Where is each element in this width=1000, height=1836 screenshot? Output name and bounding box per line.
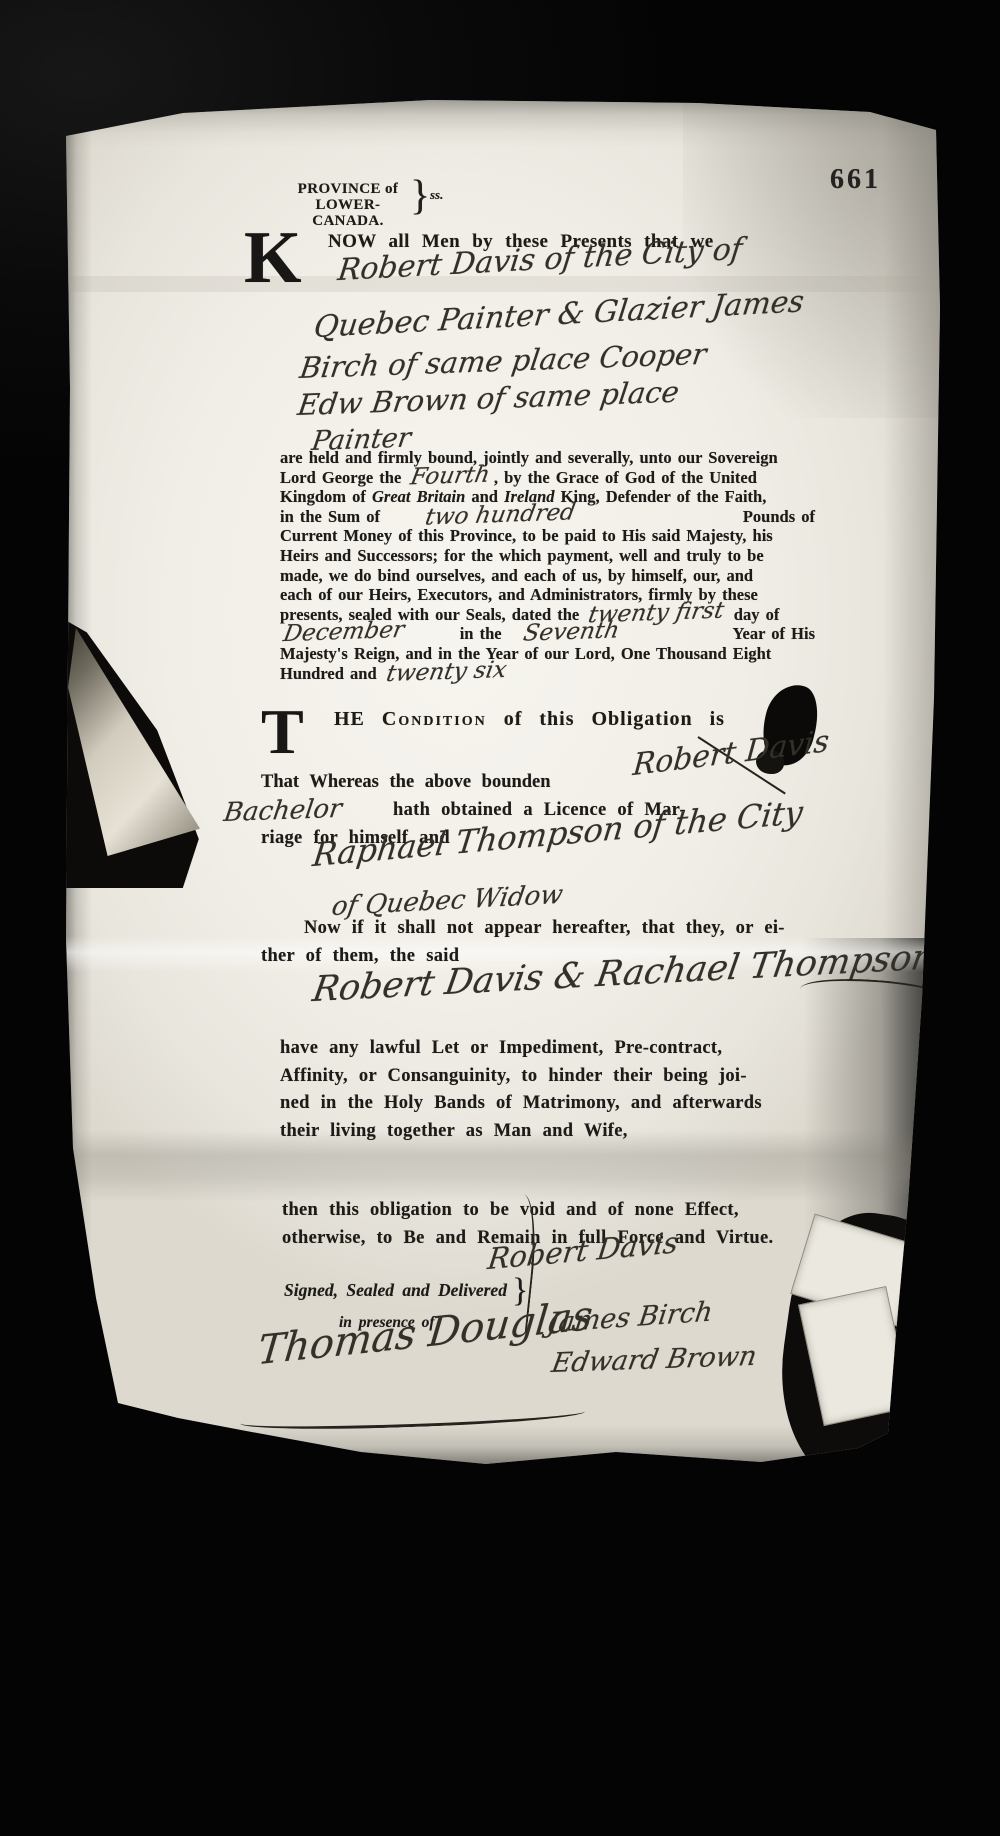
signature-edward-brown: Edward Brown [549,1341,759,1379]
scan-shadow-top [58,88,943,148]
province-line1: PROVINCE of [280,181,416,197]
groom-name-script: Robert Davis [631,724,830,784]
condition-dropcap: T [261,706,304,758]
page-number: 661 [830,164,881,196]
impediment-block: have any lawful Let or Impediment, Pre-c… [280,1038,850,1148]
couple-flourish [799,975,951,1013]
douglas-underline-flourish [240,1402,585,1433]
jurisdiction-ss: ss. [430,187,443,203]
signature-thomas-douglas: Thomas Douglas [256,1292,595,1374]
bond-paragraph: are held and firmly bound, jointly and s… [280,448,815,683]
bride-script-line-2: of Quebec Widow [330,880,565,922]
party-script-line-2: Quebec Painter & Glazier James [312,284,806,345]
header-brace: } [410,172,430,220]
signed-sealed-label: Signed, Sealed and Delivered [284,1280,507,1301]
condition-heading: HE Condition of this Obligation is [334,708,725,731]
condition-heading-he: HE [334,708,365,730]
dropcap-k: K [244,228,302,289]
document-scan: PROVINCE of LOWER-CANADA. } ss. 661 K NO… [0,0,1000,1836]
document-page: PROVINCE of LOWER-CANADA. } ss. 661 K NO… [58,88,943,1473]
condition-heading-rest: of this Obligation is [504,708,725,730]
whereas-line: That Whereas the above bounden [261,772,551,793]
condition-heading-word: Condition [382,708,487,730]
